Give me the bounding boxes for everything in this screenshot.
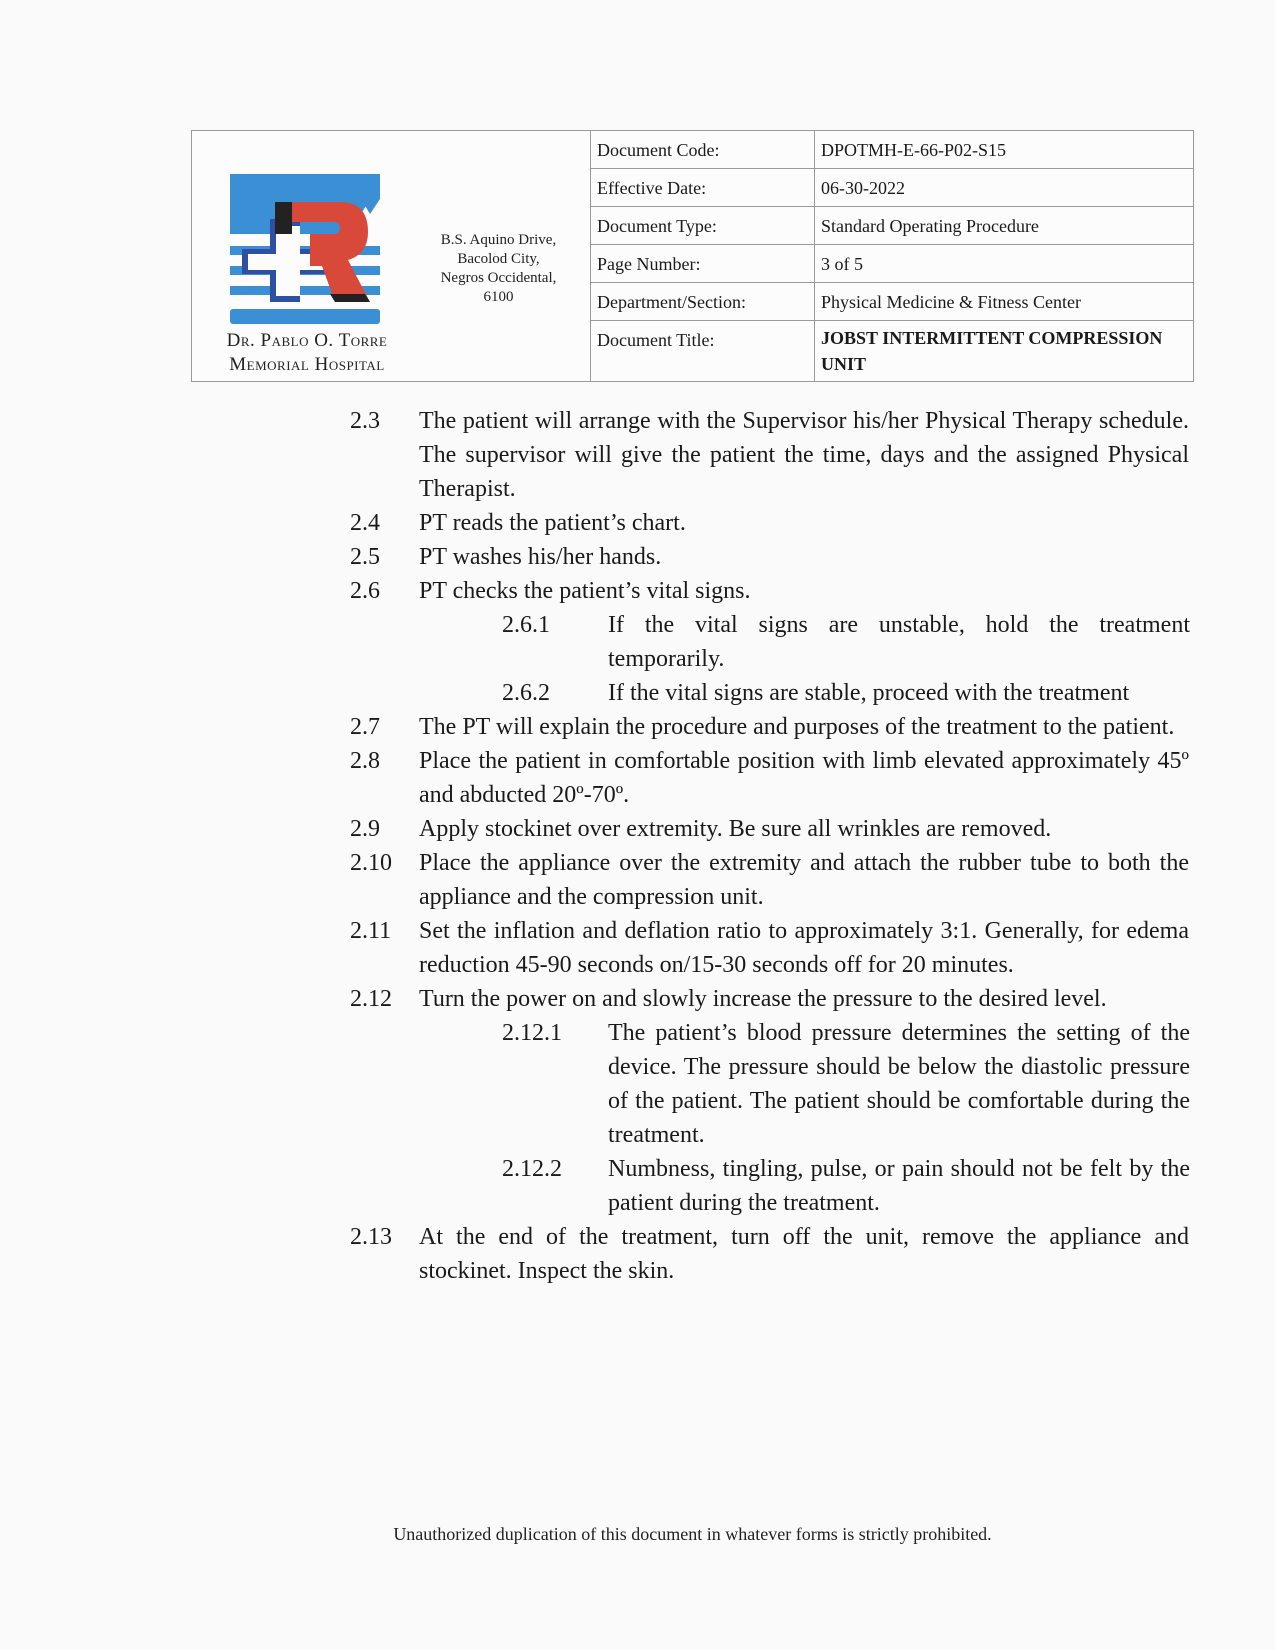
step-text: Place the appliance over the extremity a… — [419, 846, 1189, 914]
sub-step-item: 2.12.1The patient’s blood pressure deter… — [0, 1016, 1275, 1152]
step-text: The patient will arrange with the Superv… — [419, 404, 1189, 506]
hospital-name-line2: Memorial Hospital — [192, 353, 422, 377]
hospital-name-line1: Dr. Pablo O. Torre — [192, 329, 422, 353]
step-number: 2.12.2 — [502, 1152, 562, 1186]
document-meta-table: Document Code: DPOTMH-E-66-P02-S15 Effec… — [591, 131, 1193, 381]
step-number: 2.6.1 — [502, 608, 550, 642]
step-item: 2.4PT reads the patient’s chart. — [0, 506, 1275, 540]
sub-step-item: 2.6.2If the vital signs are stable, proc… — [0, 676, 1275, 710]
address-line: Bacolod City, — [407, 250, 590, 269]
meta-row-document-type: Document Type: Standard Operating Proced… — [591, 207, 1193, 245]
step-number: 2.13 — [350, 1220, 392, 1254]
step-number: 2.6 — [350, 574, 380, 608]
step-text: Turn the power on and slowly increase th… — [419, 982, 1189, 1016]
meta-label: Document Code: — [591, 131, 815, 168]
meta-label: Page Number: — [591, 245, 815, 282]
meta-label: Department/Section: — [591, 283, 815, 320]
step-number: 2.7 — [350, 710, 380, 744]
step-number: 2.4 — [350, 506, 380, 540]
meta-label: Document Type: — [591, 207, 815, 244]
step-text: PT washes his/her hands. — [419, 540, 1189, 574]
hospital-logo-icon — [230, 174, 380, 324]
address-line: Negros Occidental, — [407, 269, 590, 288]
step-text: If the vital signs are unstable, hold th… — [608, 608, 1190, 676]
step-item: 2.6PT checks the patient’s vital signs. — [0, 574, 1275, 608]
step-text: If the vital signs are stable, proceed w… — [608, 676, 1190, 710]
address-line: B.S. Aquino Drive, — [407, 231, 590, 250]
meta-value: Physical Medicine & Fitness Center — [815, 283, 1193, 320]
sub-step-item: 2.6.1If the vital signs are unstable, ho… — [0, 608, 1275, 676]
step-number: 2.9 — [350, 812, 380, 846]
meta-value: Standard Operating Procedure — [815, 207, 1193, 244]
step-text: Set the inflation and deflation ratio to… — [419, 914, 1189, 982]
step-text: At the end of the treatment, turn off th… — [419, 1220, 1189, 1288]
step-item: 2.5PT washes his/her hands. — [0, 540, 1275, 574]
sub-step-item: 2.12.2Numbness, tingling, pulse, or pain… — [0, 1152, 1275, 1220]
step-item: 2.10Place the appliance over the extremi… — [0, 846, 1275, 914]
document-title: JOBST INTERMITTENT COMPRESSION UNIT — [815, 321, 1193, 381]
step-number: 2.12.1 — [502, 1016, 562, 1050]
step-number: 2.3 — [350, 404, 380, 438]
step-number: 2.5 — [350, 540, 380, 574]
step-item: 2.11Set the inflation and deflation rati… — [0, 914, 1275, 982]
step-item: 2.13At the end of the treatment, turn of… — [0, 1220, 1275, 1288]
step-text: The patient’s blood pressure determines … — [608, 1016, 1190, 1152]
step-text: Place the patient in comfortable positio… — [419, 744, 1189, 812]
step-item: 2.8Place the patient in comfortable posi… — [0, 744, 1275, 812]
step-text: The PT will explain the procedure and pu… — [419, 710, 1189, 744]
step-number: 2.6.2 — [502, 676, 550, 710]
step-item: 2.7The PT will explain the procedure and… — [0, 710, 1275, 744]
meta-value: DPOTMH-E-66-P02-S15 — [815, 131, 1193, 168]
meta-label: Document Title: — [591, 321, 815, 381]
meta-row-document-code: Document Code: DPOTMH-E-66-P02-S15 — [591, 131, 1193, 169]
step-item: 2.12Turn the power on and slowly increas… — [0, 982, 1275, 1016]
step-number: 2.12 — [350, 982, 392, 1016]
logo-cell: Dr. Pablo O. Torre Memorial Hospital — [192, 131, 407, 381]
procedure-steps: 2.3The patient will arrange with the Sup… — [0, 404, 1275, 1288]
footer-notice: Unauthorized duplication of this documen… — [0, 1524, 1275, 1545]
meta-value: 3 of 5 — [815, 245, 1193, 282]
meta-value: 06-30-2022 — [815, 169, 1193, 206]
meta-label: Effective Date: — [591, 169, 815, 206]
step-number: 2.8 — [350, 744, 380, 778]
meta-row-document-title: Document Title: JOBST INTERMITTENT COMPR… — [591, 321, 1193, 381]
address-cell: B.S. Aquino Drive, Bacolod City, Negros … — [407, 131, 591, 381]
step-text: PT reads the patient’s chart. — [419, 506, 1189, 540]
step-text: Apply stockinet over extremity. Be sure … — [419, 812, 1189, 846]
meta-row-department: Department/Section: Physical Medicine & … — [591, 283, 1193, 321]
hospital-address: B.S. Aquino Drive, Bacolod City, Negros … — [407, 231, 590, 307]
step-number: 2.10 — [350, 846, 392, 880]
meta-row-page-number: Page Number: 3 of 5 — [591, 245, 1193, 283]
step-number: 2.11 — [350, 914, 391, 948]
step-item: 2.9Apply stockinet over extremity. Be su… — [0, 812, 1275, 846]
meta-row-effective-date: Effective Date: 06-30-2022 — [591, 169, 1193, 207]
step-item: 2.3The patient will arrange with the Sup… — [0, 404, 1275, 506]
address-line: 6100 — [407, 288, 590, 307]
step-text: Numbness, tingling, pulse, or pain shoul… — [608, 1152, 1190, 1220]
hospital-name: Dr. Pablo O. Torre Memorial Hospital — [192, 329, 422, 377]
step-text: PT checks the patient’s vital signs. — [419, 574, 1189, 608]
document-header: Dr. Pablo O. Torre Memorial Hospital B.S… — [191, 130, 1194, 382]
